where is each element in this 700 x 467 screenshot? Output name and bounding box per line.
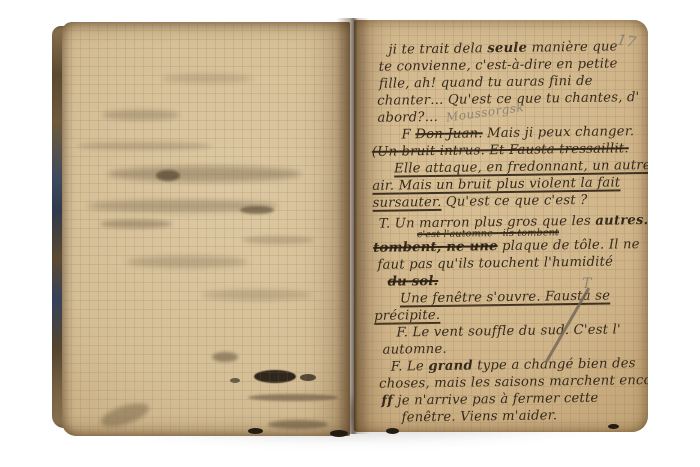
manuscript-text: ji te trait dela seule manière que te co… (370, 38, 640, 427)
text-segment: je n'arrive pas à fermer cette (393, 391, 599, 409)
underlined-text: précipite. (374, 308, 440, 324)
text-segment: ff (381, 394, 393, 409)
edge-ink-blot (386, 428, 399, 434)
photo-scene: 17 ji te trait dela seule manière que te… (0, 0, 700, 467)
text-segment: abord?… (377, 110, 438, 126)
ink-smudge (162, 74, 252, 83)
text-segment: fenêtre. Viens m'aider. (401, 408, 557, 425)
text-segment: seule (487, 41, 527, 57)
ink-smudge (126, 256, 248, 268)
ink-blot (230, 378, 240, 383)
text-segment: autres. Ils (595, 213, 648, 229)
text-segment: fille, ah! quand tu auras fini de (379, 74, 593, 92)
text-segment: F. Le vent souffle du sud. C'est l' (396, 322, 621, 340)
ink-smudge (77, 142, 212, 150)
text-segment: plaque de tôle. Il ne (498, 237, 640, 254)
ink-blot (300, 374, 316, 381)
right-page: 17 ji te trait dela seule manière que te… (354, 20, 648, 432)
pencil-letter-t: T (582, 276, 591, 292)
manuscript-line: faut pas qu'ils touchent l'humidité (377, 253, 638, 274)
text-segment: faut pas qu'ils touchent l'humidité (377, 255, 613, 273)
ink-smudge (240, 206, 274, 214)
ink-smudge (268, 420, 328, 429)
text-segment: Qu'est ce que c'est ? (441, 193, 587, 210)
text-segment: Mais ji peux changer. (483, 124, 635, 141)
underlined-text: sursauter. (372, 195, 441, 211)
edge-ink-blot (330, 430, 348, 437)
ink-smudge (212, 352, 238, 362)
left-page (62, 22, 350, 436)
text-segment: automne. (383, 342, 447, 358)
open-notebook: 17 ji te trait dela seule manière que te… (50, 14, 648, 438)
text-segment: type a changé bien des (473, 356, 636, 373)
manuscript-line: te convienne, c'est-à-dire en petite (379, 55, 636, 76)
manuscript-line: choses, mais les saisons marchent encore… (379, 372, 640, 393)
ink-smudge (248, 394, 338, 401)
edge-ink-blot (608, 424, 619, 429)
text-segment: F (402, 127, 416, 142)
text-segment: grand (428, 358, 473, 374)
manuscript-line: sursauter. Qu'est ce que c'est ? (372, 191, 637, 212)
ink-smudge (202, 290, 312, 300)
struck-text: Don Juan. (415, 126, 483, 142)
ink-smudge (107, 166, 302, 182)
manuscript-line: fenêtre. Viens m'aider. (401, 406, 640, 426)
edge-ink-blot (248, 428, 263, 434)
text-segment: ji te trait dela (388, 41, 487, 57)
manuscript-line: Une fenêtre s'ouvre. Fausta se (400, 287, 639, 307)
text-segment: manière que (527, 39, 618, 55)
struck-text: tombent, ne une (373, 239, 498, 256)
text-segment: F. Le (391, 359, 429, 375)
ink-smudge (156, 170, 180, 181)
ink-smudge (242, 236, 314, 244)
ink-smudge (102, 110, 180, 120)
manuscript-line: F. Le vent souffle du sud. C'est l' (396, 321, 639, 341)
page-corner-scuff (98, 399, 151, 432)
ink-blot (254, 370, 296, 383)
struck-text: du sol. (388, 274, 439, 290)
ink-smudge (100, 220, 172, 228)
text-segment: choses, mais les saisons marchent encore… (379, 373, 648, 392)
